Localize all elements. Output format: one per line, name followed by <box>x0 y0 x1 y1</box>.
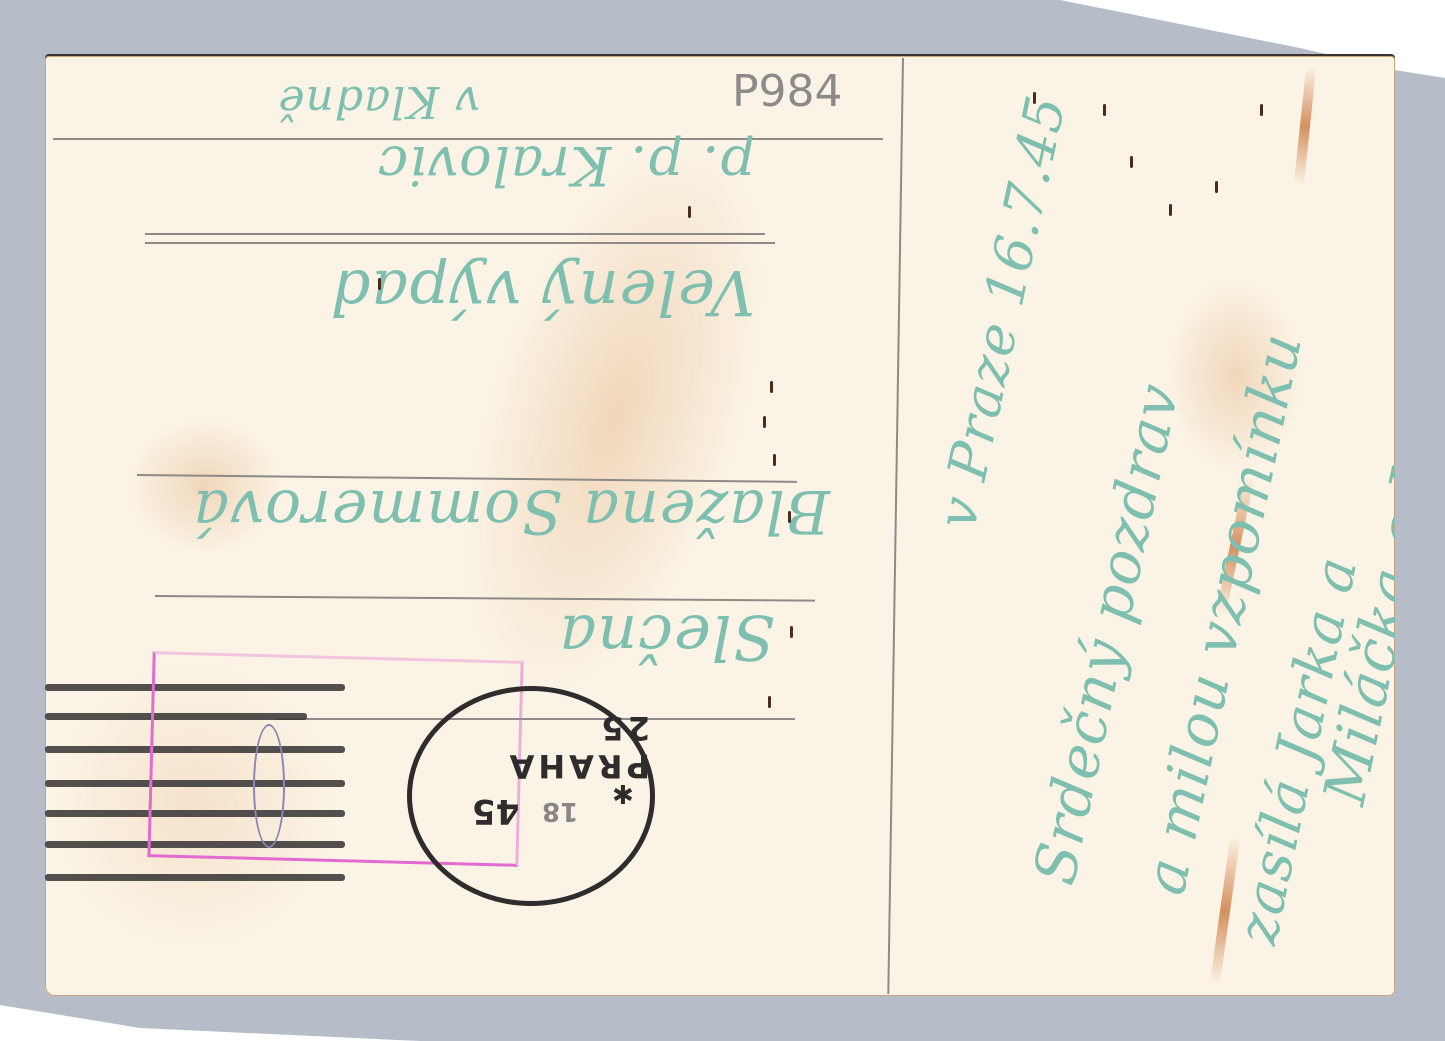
card-divider <box>887 58 903 994</box>
postmark-year: 45 <box>472 791 519 831</box>
postmark-city: PRAHA 25 <box>442 709 650 785</box>
postmark: PRAHA 25 45 18 ✱ <box>407 686 655 906</box>
message-line-1: v Praze 16.7.45 <box>925 90 1078 534</box>
cancellation-line <box>45 874 345 881</box>
rust-streak <box>1294 66 1316 186</box>
ink-dot <box>770 381 773 393</box>
postmark-day: 18 <box>542 796 578 826</box>
address-line <box>145 242 775 244</box>
address-line-5: v Kladně <box>60 76 480 127</box>
address-line-1: Slečna <box>505 601 775 674</box>
ink-dot <box>378 278 381 290</box>
pencil-scribble <box>253 724 285 848</box>
ink-dot <box>688 206 691 218</box>
address-line-4: p. p. Kralovic <box>315 134 755 197</box>
pencil-note: P984 <box>732 66 843 117</box>
ink-dot <box>1215 181 1218 193</box>
ink-dot <box>773 454 776 466</box>
ink-dot <box>790 626 793 638</box>
postmark-star: ✱ <box>612 781 634 811</box>
ink-dot <box>768 696 771 708</box>
ink-dot <box>1169 204 1172 216</box>
address-line-2: Blažena Sommerová <box>70 476 830 546</box>
ink-dot <box>1130 156 1133 168</box>
ink-dot <box>763 416 766 428</box>
address-line <box>145 233 765 235</box>
ink-dot <box>1260 104 1263 116</box>
ink-dot <box>1103 104 1106 116</box>
ink-dot <box>1033 92 1036 104</box>
address-line-3: Velený výpad <box>195 256 755 329</box>
postcard: P984 v Kladně p. p. Kralovic Velený výpa… <box>45 56 1395 996</box>
ink-dot <box>788 511 791 523</box>
